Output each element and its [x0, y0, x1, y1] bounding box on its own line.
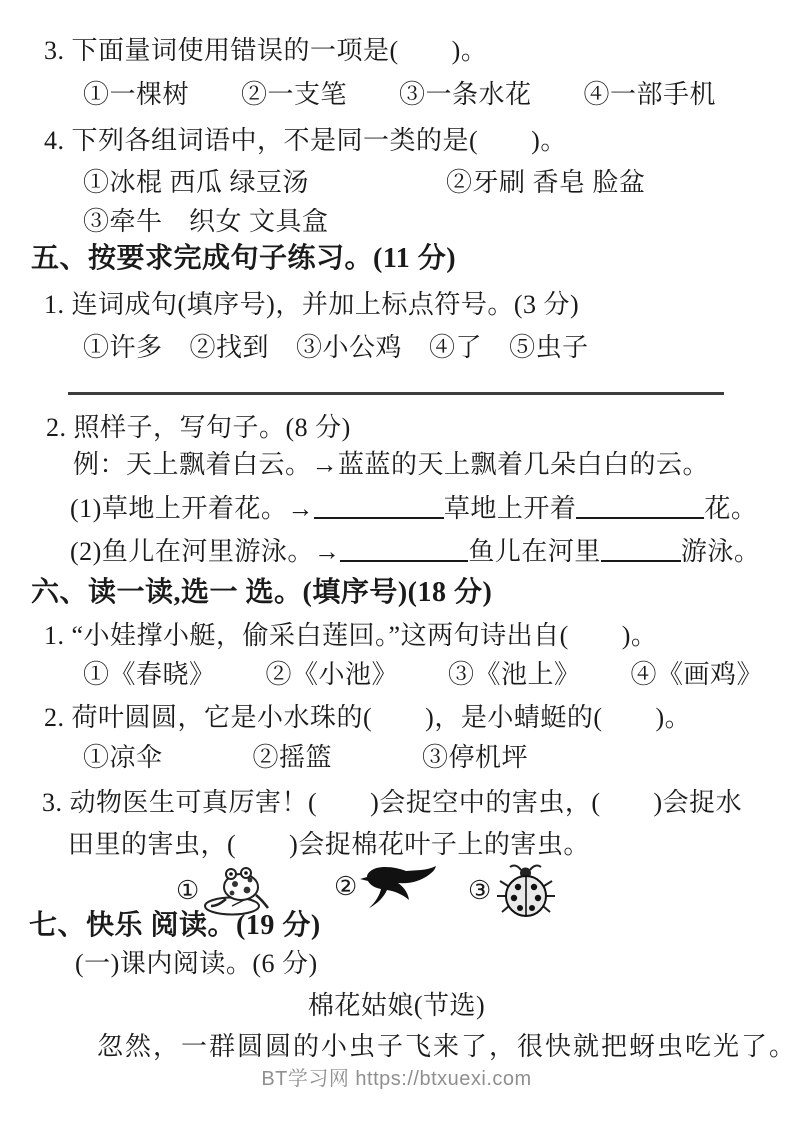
- q5-1-option-2: ②找到: [190, 333, 270, 363]
- q5-1-stem: 1. 连词成句(填序号)，并加上标点符号。(3 分): [44, 290, 579, 320]
- section-five-heading: 五、按要求完成句子练习。(11 分): [31, 244, 456, 274]
- worksheet-page: 3. 下面量词使用错误的一项是( )。 ①一棵树 ②一支笔 ③一条水花 ④一部手…: [0, 0, 793, 1122]
- q4-options-row1: ①冰棍 西瓜 绿豆汤 ②牙刷 香皂 脸盆: [83, 168, 646, 198]
- q6-3-figure-swallow: ②: [334, 864, 436, 910]
- q6-1-stem: 1. “小娃撑小艇，偷采白莲回。”这两句诗出自( )。: [44, 621, 657, 651]
- answer-blank: [576, 497, 704, 519]
- q6-2-stem: 2. 荷叶圆圆，它是小水珠的( )，是小蜻蜓的( )。: [44, 703, 691, 733]
- passage-title: 棉花姑娘(节选): [0, 991, 793, 1021]
- q5-2-item2: (2)鱼儿在河里游泳。→鱼儿在河里游泳。: [70, 537, 760, 567]
- q3-option-3: ③一条水花: [399, 80, 532, 110]
- q6-3-figure-frog: ①: [176, 866, 274, 916]
- q3-options: ①一棵树 ②一支笔 ③一条水花 ④一部手机: [83, 80, 716, 110]
- figure-label-1: ①: [176, 876, 199, 906]
- q6-1-option-2: ②《小池》: [266, 660, 399, 690]
- q5-1-option-1: ①许多: [83, 333, 163, 363]
- item1-suffix: 花。: [704, 494, 757, 523]
- q3-stem: 3. 下面量词使用错误的一项是( )。: [44, 36, 487, 66]
- q4-stem: 4. 下列各组词语中，不是同一类的是( )。: [44, 126, 567, 156]
- q6-1-options: ①《春晓》 ②《小池》 ③《池上》 ④《画鸡》: [83, 660, 763, 690]
- item1-mid: 草地上开着: [444, 494, 577, 523]
- watermark-text: BT学习网 https://btxuexi.com: [0, 1064, 793, 1094]
- section-seven-heading: 七、快乐 阅读。(19 分): [29, 911, 321, 941]
- figure-label-2: ②: [334, 872, 357, 902]
- q3-option-2: ②一支笔: [241, 80, 347, 110]
- q7-subheading: (一)课内阅读。(6 分): [75, 949, 318, 979]
- q6-3-stem-line1: 3. 动物医生可真厉害！( )会捉空中的害虫，( )会捉水: [42, 788, 742, 818]
- answer-blank: [601, 540, 681, 562]
- q5-1-option-3: ③小公鸡: [296, 333, 402, 363]
- item1-prefix: (1)草地上开着花。→: [70, 494, 314, 523]
- q4-option-2: ②牙刷 香皂 脸盆: [446, 168, 646, 197]
- q3-option-1: ①一棵树: [83, 80, 189, 110]
- answer-blank: [340, 540, 468, 562]
- q4-options-row2: ③牵牛 织女 文具盒: [83, 207, 329, 237]
- answer-blank: [314, 497, 444, 519]
- passage-text: 忽然，一群圆圆的小虫子飞来了，很快就把蚜虫吃光了。: [97, 1032, 793, 1062]
- q6-2-options: ①凉伞 ②摇篮 ③停机坪: [83, 743, 528, 773]
- q5-2-item1: (1)草地上开着花。→草地上开着花。: [70, 494, 757, 524]
- figure-label-3: ③: [468, 876, 491, 906]
- q6-3-stem-line2: 田里的害虫，( )会捉棉花叶子上的害虫。: [68, 830, 590, 860]
- q6-1-option-4: ④《画鸡》: [631, 660, 764, 690]
- q5-2-example: 例：天上飘着白云。→蓝蓝的天上飘着几朵白白的云。: [73, 450, 709, 480]
- frog-icon: [202, 866, 274, 916]
- q3-option-4: ④一部手机: [584, 80, 717, 110]
- ladybug-icon: [494, 864, 558, 918]
- q6-2-option-3: ③停机坪: [422, 743, 528, 773]
- q5-1-option-4: ④了: [429, 333, 482, 363]
- q4-option-1: ①冰棍 西瓜 绿豆汤: [83, 168, 309, 197]
- q6-2-option-2: ②摇篮: [253, 743, 333, 773]
- q6-1-option-3: ③《池上》: [448, 660, 581, 690]
- q5-1-options: ①许多 ②找到 ③小公鸡 ④了 ⑤虫子: [83, 333, 589, 363]
- answer-line: [68, 392, 724, 395]
- item2-suffix: 游泳。: [681, 537, 761, 566]
- q5-2-stem: 2. 照样子，写句子。(8 分): [46, 413, 351, 443]
- q6-1-option-1: ①《春晓》: [83, 660, 216, 690]
- q6-3-figure-ladybug: ③: [468, 864, 558, 918]
- section-six-heading: 六、读一读,选一 选。(填序号)(18 分): [31, 578, 492, 608]
- item2-prefix: (2)鱼儿在河里游泳。→: [70, 537, 340, 566]
- swallow-icon: [360, 864, 436, 910]
- q5-1-option-5: ⑤虫子: [509, 333, 589, 363]
- q6-2-option-1: ①凉伞: [83, 743, 163, 773]
- item2-mid: 鱼儿在河里: [468, 537, 601, 566]
